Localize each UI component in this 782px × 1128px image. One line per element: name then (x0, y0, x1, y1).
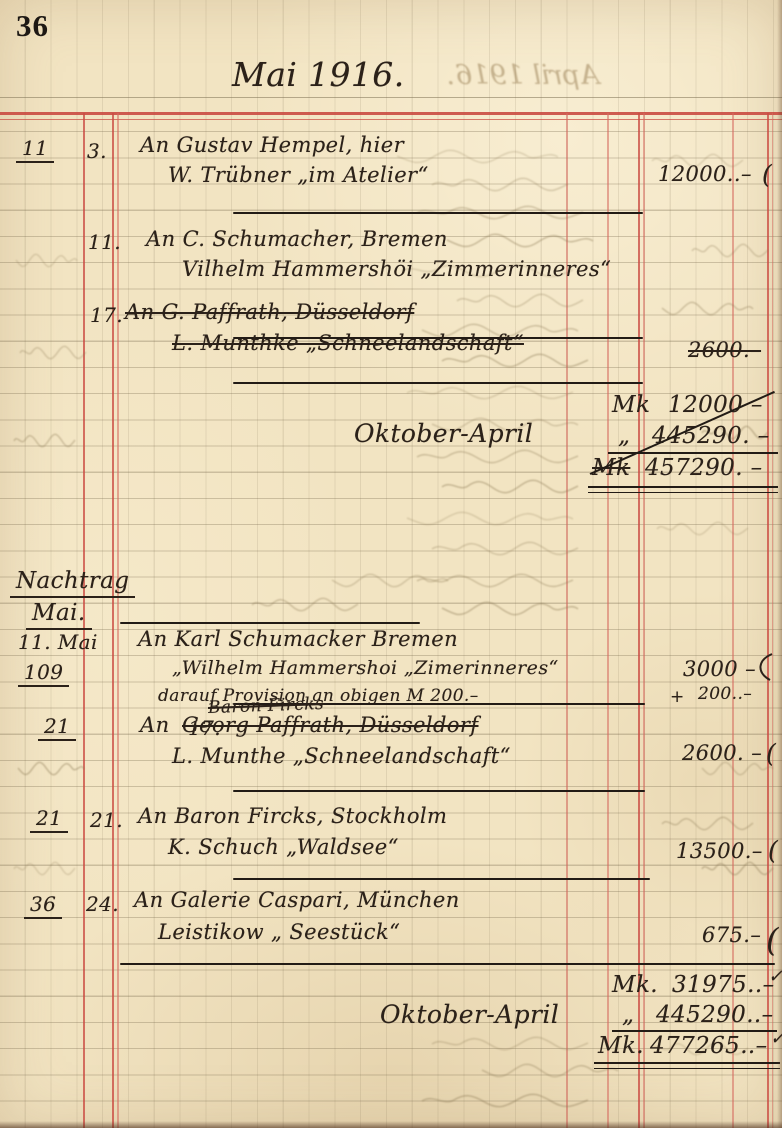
page-bottom-edge (0, 1121, 782, 1128)
bleed-through-squiggle (660, 815, 755, 831)
bleed-through-squiggle (440, 600, 580, 616)
entry-day: 17. (90, 303, 123, 327)
entry-line: Vilhelm Hammershöi „Zimmerinneres“ (182, 257, 611, 281)
ditto-mark: „ (622, 1002, 634, 1028)
plus-sign: + (670, 687, 685, 707)
amount-value: 675.– (702, 923, 761, 947)
summary-amount: 477265..– (650, 1033, 768, 1059)
entry-number: 21 (30, 806, 68, 833)
currency-label: Mk. (598, 1033, 644, 1059)
bleed-through-squiggle (405, 384, 575, 400)
pen-flourish (748, 650, 776, 684)
summary-underline (612, 1030, 777, 1032)
bleed-through-squiggle (660, 300, 755, 316)
page-number: 36 (16, 8, 49, 44)
currency-label: Mk (612, 392, 650, 418)
entry-line: W. Trübner „im Atelier“ (168, 163, 429, 187)
summary-amount: 445290..– (656, 1002, 774, 1028)
section-heading: Nachtrag (10, 568, 135, 598)
amount-value: 200..– (698, 684, 752, 704)
bleed-through-squiggle (395, 148, 560, 164)
bleed-through-squiggle (12, 432, 77, 448)
entry-line-prefix: An (140, 713, 170, 737)
bleed-through-squiggle (445, 232, 595, 248)
entry-number: 11 (16, 136, 54, 163)
page-right-edge (777, 0, 782, 1128)
entry-day: 24. (86, 892, 119, 916)
bleed-through-squiggle (14, 252, 79, 268)
entry-separator-line (120, 622, 420, 624)
bleed-through-squiggle (420, 1092, 590, 1108)
currency-label: Mk. (612, 972, 658, 998)
summary-amount: 457290. – (645, 455, 763, 481)
amount-value-struck: 2600.– (688, 338, 761, 362)
entry-number: 21 (38, 714, 76, 741)
bleed-through-squiggle (405, 510, 575, 526)
amount-value: 12000..– (658, 162, 752, 186)
bleed-through-squiggle (430, 540, 580, 556)
bleed-through-squiggle (455, 292, 585, 308)
bleed-through-squiggle (430, 176, 570, 192)
bleed-through-squiggle (655, 520, 750, 536)
ledger-page: April 1916. 36 Mai 1916. 11 3. An Gustav… (0, 0, 782, 1128)
summary-double-underline (588, 486, 778, 488)
summary-label: Oktober-April (354, 419, 533, 448)
entry-line: L. Munthe „Schneelandschaft“ (172, 744, 511, 768)
check-mark: ( (766, 739, 776, 768)
summary-label: Oktober-April (380, 1000, 559, 1029)
summary-amount: 445290. – (652, 423, 770, 449)
ditto-mark: „ (618, 423, 630, 449)
entry-line: „Wilhelm Hammershoi „Zimerinneres“ (172, 657, 559, 679)
entry-line-struck: L. Munthke „Schneelandschaft“ (172, 331, 524, 355)
amount-value: 3000 – (683, 657, 756, 681)
summary-double-underline (588, 492, 778, 494)
entry-date: 11. Mai (18, 630, 98, 654)
bleed-through-squiggle (250, 596, 360, 612)
entry-line: An Gustav Hempel, hier (140, 133, 404, 157)
entry-line: An Karl Schumacker Bremen (138, 627, 458, 651)
bleed-through-squiggle (415, 448, 580, 464)
entry-line-struck: Georg Paffrath, Düsseldorf (182, 713, 478, 737)
entry-day: 11. (88, 230, 121, 254)
page-title: Mai 1916. (232, 55, 405, 94)
bleed-through-squiggle (480, 1062, 620, 1078)
section-subheading: Mai. (26, 600, 92, 630)
check-mark: ( (762, 160, 772, 189)
entry-number: 109 (18, 660, 69, 687)
bleed-through-squiggle (18, 344, 88, 360)
summary-amount: 31975..– (672, 972, 775, 998)
entry-day: 21. (90, 808, 123, 832)
bleed-through-squiggle (330, 572, 450, 588)
amount-value: 2600. – (682, 741, 762, 765)
entry-line: An Galerie Caspari, München (134, 888, 460, 912)
entry-line: K. Schuch „Waldsee“ (168, 835, 399, 859)
bleed-through-squiggle (690, 242, 770, 258)
entry-line: Leistikow „ Seestück“ (158, 920, 400, 944)
summary-double-underline (594, 1068, 780, 1070)
bleed-through-squiggle (430, 1035, 590, 1051)
entry-line: An C. Schumacher, Bremen (146, 227, 448, 251)
amount-value: 13500.– (676, 839, 763, 863)
entry-line-struck: An G. Paffrath, Düsseldorf (125, 300, 414, 324)
bleed-through-text: April 1916. (398, 60, 648, 91)
summary-amount: 12000 – (668, 392, 763, 418)
summary-double-underline (594, 1062, 780, 1064)
bleed-through-squiggle (440, 478, 580, 494)
bleed-through-squiggle (12, 860, 77, 876)
bleed-through-squiggle (16, 760, 86, 776)
entry-line: An Baron Fircks, Stockholm (138, 804, 447, 828)
entry-number: 36 (24, 892, 62, 919)
entry-day: 3. (87, 139, 107, 163)
